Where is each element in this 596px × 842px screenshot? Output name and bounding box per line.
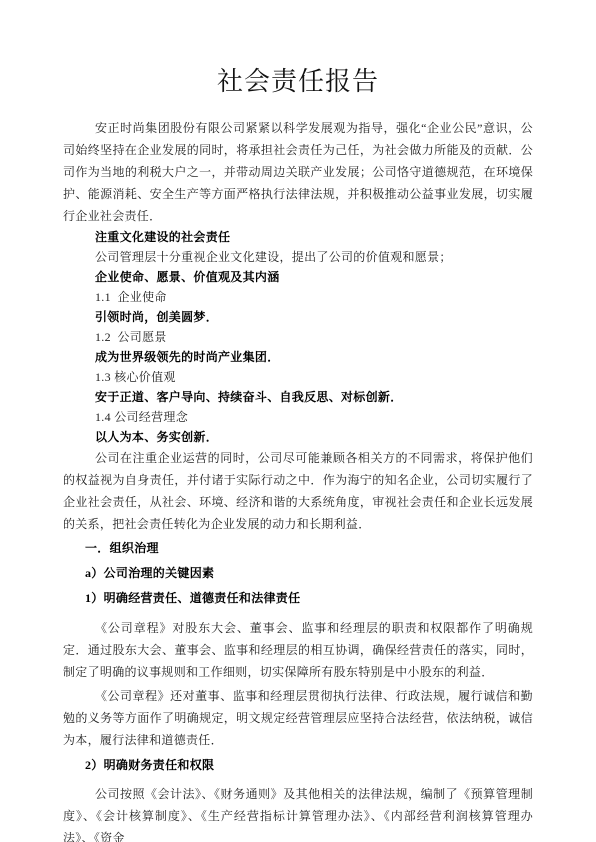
mission-statement: 引领时尚，创美圆梦． (63, 307, 533, 327)
intro-paragraph: 安正时尚集团股份有限公司紧紧以科学发展观为指导，强化“企业公民”意识，公司始终坚… (63, 117, 533, 227)
section-1-governance-heading: 一．组织治理 (63, 538, 533, 558)
vision-statement: 成为世界级领先的时尚产业集团． (63, 347, 533, 367)
subsection-2-finance-heading: 2）明确财务责任和权限 (63, 755, 533, 775)
report-title: 社会责任报告 (63, 66, 533, 98)
culture-responsibility-heading: 注重文化建设的社会责任 (63, 227, 533, 247)
mission-vision-values-heading: 企业使命、愿景、价值观及其内涵 (63, 267, 533, 287)
charter-compliance-paragraph: 《公司章程》还对董事、监事和经理层贯彻执行法律、行政法规，履行诚信和勤勉的义务等… (63, 685, 533, 751)
financial-rules-paragraph: 公司按照《会计法》、《财务通则》及其他相关的法律法规，编制了《预算管理制度》、《… (63, 783, 533, 842)
philosophy-statement: 以人为本、务实创新． (63, 427, 533, 447)
subsection-a-heading: a）公司治理的关键因素 (63, 563, 533, 583)
item-1-1-mission-label: 1.1 企业使命 (63, 287, 533, 307)
management-values-line: 公司管理层十分重视企业文化建设，提出了公司的价值观和愿景； (63, 247, 533, 267)
document-page: 社会责任报告 安正时尚集团股份有限公司紧紧以科学发展观为指导，强化“企业公民”意… (0, 0, 596, 842)
stakeholder-paragraph: 公司在注重企业运营的同时，公司尽可能兼顾各相关方的不同需求，将保护他们的权益视为… (63, 447, 533, 535)
item-1-3-values-label: 1.3 核心价值观 (63, 367, 533, 387)
subsection-1-responsibility-heading: 1）明确经营责任、道德责任和法律责任 (63, 588, 533, 608)
item-1-2-vision-label: 1.2 公司愿景 (63, 327, 533, 347)
item-1-4-philosophy-label: 1.4 公司经营理念 (63, 407, 533, 427)
core-values-statement: 安于正道、客户导向、持续奋斗、自我反思、对标创新． (63, 387, 533, 407)
charter-duties-paragraph: 《公司章程》对股东大会、董事会、监事和经理层的职责和权限都作了明确规定．通过股东… (63, 617, 533, 683)
